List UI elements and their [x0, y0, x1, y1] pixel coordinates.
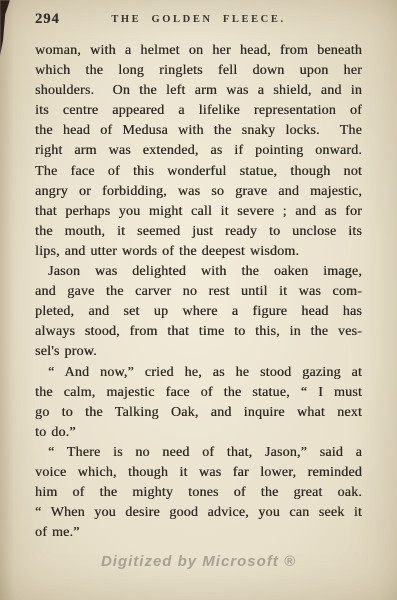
text-line: of me.”: [35, 523, 362, 543]
text-line: sel's prow.: [35, 342, 362, 362]
text-line: its centre appeared a lifelike represent…: [35, 101, 362, 121]
text-line: to do.”: [35, 423, 362, 443]
page-header: 294 THE GOLDEN FLEECE.: [35, 11, 362, 29]
text-line: that perhaps you might call it severe ; …: [35, 202, 362, 222]
page-left-edge-shadow: [0, 0, 14, 600]
text-line: “ There is no need of that, Jason,” said…: [35, 443, 362, 463]
text-line: the head of Medusa with the snaky locks.…: [35, 121, 362, 141]
running-title: THE GOLDEN FLEECE.: [35, 14, 362, 25]
text-line: right arm was extended, as if pointing o…: [35, 141, 362, 161]
text-line: voice which, though it was far lower, re…: [35, 463, 362, 483]
text-line: lips, and utter words of the deepest wis…: [35, 242, 362, 262]
text-line: always stood, from that time to this, in…: [35, 322, 362, 342]
text-line: and gave the carver no rest until it was…: [35, 282, 362, 302]
text-line: “ And now,” cried he, as he stood gazing…: [35, 363, 362, 383]
book-page-scan: 294 THE GOLDEN FLEECE. woman, with a hel…: [0, 0, 397, 600]
text-line: which the long ringlets fell down upon h…: [35, 61, 362, 81]
text-line: go to the Talking Oak, and inquire what …: [35, 403, 362, 423]
text-line: “ When you desire good advice, you can s…: [35, 503, 362, 523]
text-line: The face of this wonderful statue, thoug…: [35, 162, 362, 182]
text-line: angry or forbidding, was so grave and ma…: [35, 182, 362, 202]
text-block: woman, with a helmet on her head, from b…: [35, 41, 362, 543]
text-line: the mouth, it seemed just ready to unclo…: [35, 222, 362, 242]
text-line: the calm, majestic face of the statue, “…: [35, 383, 362, 403]
text-line: pleted, and set up where a figure head h…: [35, 302, 362, 322]
text-line: Jason was delighted with the oaken image…: [35, 262, 362, 282]
text-line: woman, with a helmet on her head, from b…: [35, 41, 362, 61]
digitized-watermark: Digitized by Microsoft ®: [0, 553, 397, 570]
text-line: him of the mighty tones of the great oak…: [35, 483, 362, 503]
text-line: shoulders. On the left arm was a shield,…: [35, 81, 362, 101]
